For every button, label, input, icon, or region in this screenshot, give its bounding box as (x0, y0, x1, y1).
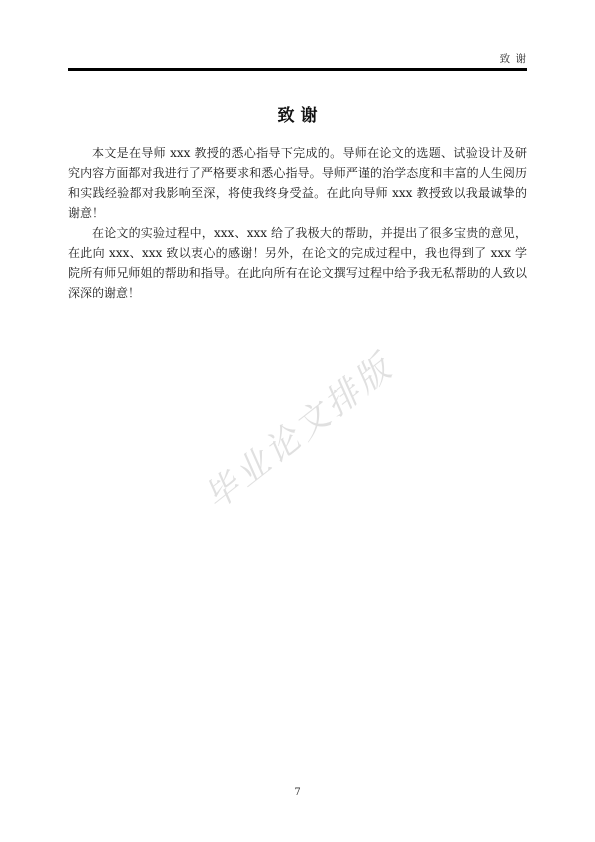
running-header: 致 谢 (500, 51, 527, 66)
paragraph: 本文是在导师 xxx 教授的悉心指导下完成的。导师在论文的选题、试验设计及研究内… (68, 143, 527, 223)
paragraph: 在论文的实验过程中，xxx、xxx 给了我极大的帮助，并提出了很多宝贵的意见，在… (68, 223, 527, 303)
document-page: 致 谢 致 谢 本文是在导师 xxx 教授的悉心指导下完成的。导师在论文的选题、… (0, 0, 595, 842)
header-rule (68, 68, 527, 71)
page-number: 7 (0, 787, 595, 798)
page-title: 致 谢 (0, 101, 595, 126)
watermark-text: 毕业论文排版 (183, 333, 410, 526)
acknowledgement-body: 本文是在导师 xxx 教授的悉心指导下完成的。导师在论文的选题、试验设计及研究内… (68, 143, 527, 303)
